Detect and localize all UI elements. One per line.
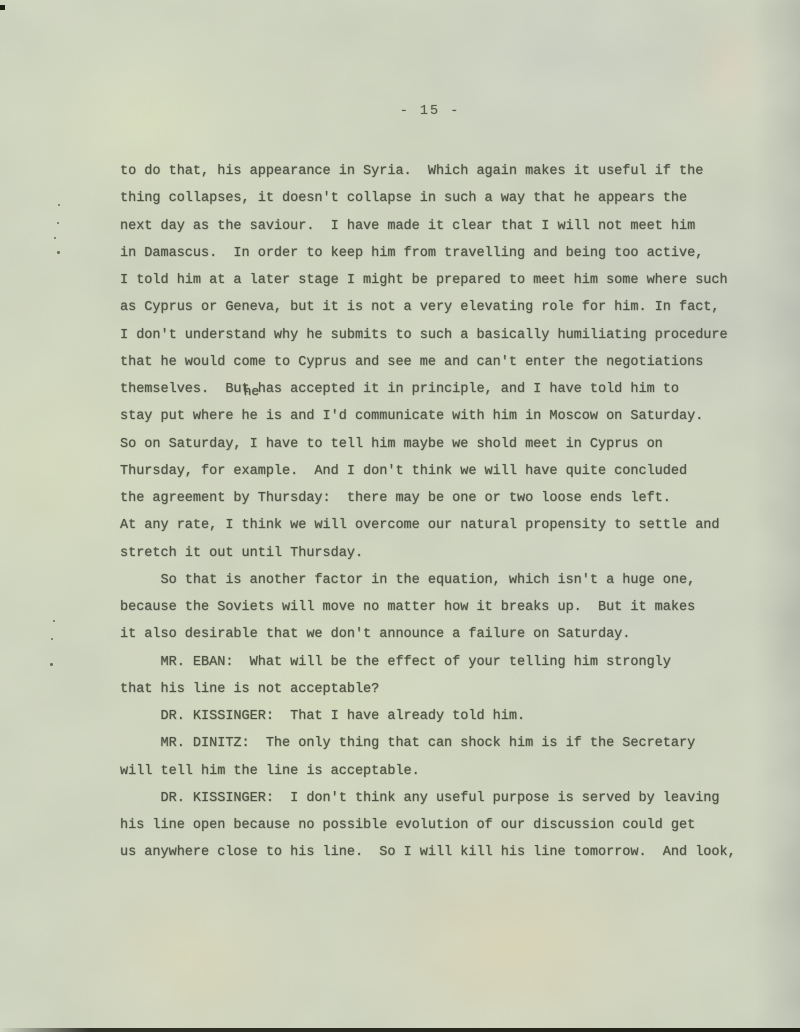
transcript-line: the agreement by Thursday: there may be …: [120, 485, 760, 512]
transcript-line: will tell him the line is acceptable.: [120, 758, 760, 785]
transcript-line: MR. EBAN: What will be the effect of you…: [120, 649, 760, 676]
scan-edge-bottom: [0, 1028, 800, 1032]
transcript-line: to do that, his appearance in Syria. Whi…: [120, 158, 760, 185]
transcript-line: stretch it out until Thursday.: [120, 540, 760, 567]
transcript-line: his line open because no possible evolut…: [120, 812, 760, 839]
scanned-page: - 15 - to do that, his appearance in Syr…: [0, 0, 800, 1032]
page-content: - 15 - to do that, his appearance in Syr…: [0, 0, 800, 1032]
transcript-line: in Damascus. In order to keep him from t…: [120, 240, 760, 267]
transcript-line: that he would come to Cyprus and see me …: [120, 349, 760, 376]
transcript-line: Thursday, for example. And I don't think…: [120, 458, 760, 485]
transcript-line-with-insertion: themselves. Buthehas accepted it in prin…: [120, 376, 760, 403]
transcript-line: At any rate, I think we will overcome ou…: [120, 512, 760, 539]
ink-speck: [51, 638, 53, 640]
ink-speck: [58, 204, 60, 206]
transcript-line: it also desirable that we don't announce…: [120, 621, 760, 648]
ink-speck: [50, 663, 53, 666]
transcript-line: I don't understand why he submits to suc…: [120, 322, 760, 349]
transcript-line: So on Saturday, I have to tell him maybe…: [120, 431, 760, 458]
typed-insertion-text: he: [244, 378, 260, 405]
transcript-line: MR. DINITZ: The only thing that can shoc…: [120, 730, 760, 757]
transcript-line: I told him at a later stage I might be p…: [120, 267, 760, 294]
transcript-line: thing collapses, it doesn't collapse in …: [120, 185, 760, 212]
transcript-line: DR. KISSINGER: That I have already told …: [120, 703, 760, 730]
transcript-body: to do that, his appearance in Syria. Whi…: [120, 158, 760, 867]
transcript-line: So that is another factor in the equatio…: [120, 567, 760, 594]
ink-speck: [53, 620, 55, 622]
transcript-line: DR. KISSINGER: I don't think any useful …: [120, 785, 760, 812]
transcript-line: stay put where he is and I'd communicate…: [120, 403, 760, 430]
transcript-line: because the Soviets will move no matter …: [120, 594, 760, 621]
transcript-line: next day as the saviour. I have made it …: [120, 213, 760, 240]
transcript-line: us anywhere close to his line. So I will…: [120, 839, 760, 866]
ink-speck: [57, 222, 59, 224]
transcript-line: that his line is not acceptable?: [120, 676, 760, 703]
page-number: - 15 -: [120, 104, 740, 119]
insertion-before: themselves. But: [120, 382, 250, 397]
insertion-after: has accepted it in principle, and I have…: [258, 382, 679, 397]
scan-edge-mark: [0, 5, 5, 10]
ink-speck: [54, 237, 56, 239]
ink-speck: [57, 251, 60, 254]
transcript-line: as Cyprus or Geneva, but it is not a ver…: [120, 294, 760, 321]
